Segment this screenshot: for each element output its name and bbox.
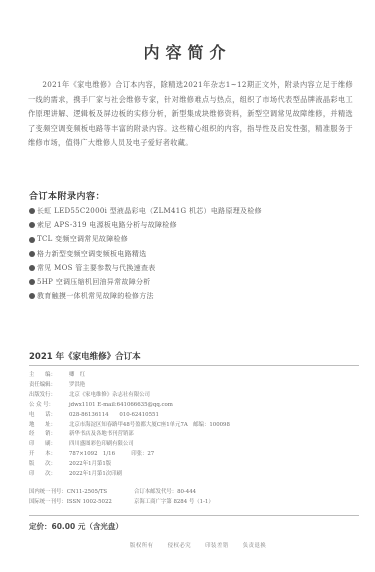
appendix-item-text: 长虹 LED55C2000i 型液晶彩电（ZLM41G 机芯）电路原理及检修 xyxy=(37,204,262,218)
appendix-item: 长虹 LED55C2000i 型液晶彩电（ZLM41G 机芯）电路原理及检修 xyxy=(29,204,262,218)
appendix-item-text: TCL 变频空调常见故障检修 xyxy=(37,232,128,246)
publication-info: 主 编：卿 红 责任编辑：罗洪艳 出版发行：北京《家电维修》杂志社有限公司 公 … xyxy=(29,371,230,480)
bullet-icon xyxy=(29,251,35,257)
info-value: 四川盛图彩色印刷有限公司 xyxy=(69,441,134,447)
appendix-item: 教育触摸一体机常见故障的检修方法 xyxy=(29,289,262,303)
info-row-distributor: 经 销：新华书店及各地书刊营销部 xyxy=(29,430,230,440)
info-row-printer: 印 刷：四川盛图彩色印刷有限公司 xyxy=(29,440,230,450)
appendix-item: 索尼 APS-319 电源板电路分析与故障检修 xyxy=(29,218,262,232)
info-label: 开 本： xyxy=(29,450,69,460)
info-row-contact: 公 众 号：jdwx1101 E-mail:641066635@qq.com xyxy=(29,401,230,411)
serial-numbers: 国内统一刊号：CN11-2505/TS合订本邮发代号：80-444 国际统一刊号… xyxy=(29,488,214,508)
info-row-phone: 电 话：028-86136114 010-62410551 xyxy=(29,411,230,421)
serial-row: 国内统一刊号：CN11-2505/TS合订本邮发代号：80-444 xyxy=(29,488,214,498)
info-value: 新华书店及各地书刊营销部 xyxy=(69,431,134,437)
appendix-item-text: 索尼 APS-319 电源板电路分析与故障检修 xyxy=(37,218,177,232)
copyright-footer: 版权所有 侵权必究 印装差错 负责退换 xyxy=(130,541,266,549)
info-value: 卿 红 xyxy=(69,372,85,378)
footer-text: 侵权必究 xyxy=(168,541,192,549)
info-label: 责任编辑： xyxy=(29,381,69,391)
page-title: 内容简介 xyxy=(0,40,375,63)
info-value: 787×1092 1/16 印张：27 xyxy=(69,451,154,457)
info-label: 经 销： xyxy=(29,430,69,440)
serial-postal-code: 合订本邮发代号：80-444 xyxy=(134,489,196,495)
appendix-item-text: 5HP 空调压缩机回油异常故障分析 xyxy=(37,275,151,289)
appendix-item-text: 格力新型变频空调变频板电路精选 xyxy=(37,247,147,261)
bullet-icon xyxy=(29,265,35,271)
bullet-icon xyxy=(29,208,35,214)
book-copyright-page: 内容简介 2021年《家电维修》合订本内容，除精选2021年杂志1~12期正文外… xyxy=(0,0,375,572)
info-label: 版 次： xyxy=(29,460,69,470)
bullet-icon xyxy=(29,237,35,243)
info-label: 地 址： xyxy=(29,421,69,431)
info-value: 2022年1月第1版 xyxy=(69,461,111,467)
info-label: 出版发行： xyxy=(29,391,69,401)
info-label: 印 次： xyxy=(29,470,69,480)
serial-issn: 国际统一刊号：ISSN 1002-5022 xyxy=(29,498,134,508)
appendix-item: 5HP 空调压缩机回油异常故障分析 xyxy=(29,275,262,289)
appendix-list: 长虹 LED55C2000i 型液晶彩电（ZLM41G 机芯）电路原理及检修 索… xyxy=(29,204,262,303)
serial-ad-license: 京海工商广字第 8284 号（1-1） xyxy=(134,499,214,505)
footer-text: 印装差错 xyxy=(205,541,229,549)
divider xyxy=(29,365,359,366)
appendix-item: 格力新型变频空调变频板电路精选 xyxy=(29,247,262,261)
info-row-address: 地 址：北京市海淀区知春路甲48号盈都大厦C座1单元7A 邮编：100098 xyxy=(29,421,230,431)
footer-text: 负责退换 xyxy=(243,541,267,549)
appendix-item: 常见 MOS 管主要参数与代换速查表 xyxy=(29,261,262,275)
bullet-icon xyxy=(29,293,35,299)
info-row-editor: 主 编：卿 红 xyxy=(29,371,230,381)
divider xyxy=(29,515,359,516)
info-label: 主 编： xyxy=(29,371,69,381)
intro-paragraph: 2021年《家电维修》合订本内容，除精选2021年杂志1~12期正文外，附录内容… xyxy=(28,78,353,151)
info-value: 028-86136114 010-62410551 xyxy=(69,412,159,418)
price-label: 定价：60.00 元（含光盘） xyxy=(29,521,123,532)
info-value: 北京市海淀区知春路甲48号盈都大厦C座1单元7A 邮编：100098 xyxy=(69,422,230,428)
info-label: 电 话： xyxy=(29,411,69,421)
serial-cn: 国内统一刊号：CN11-2505/TS xyxy=(29,488,134,498)
info-row-printing: 印 次：2022年1月第1次印刷 xyxy=(29,470,230,480)
serial-row: 国际统一刊号：ISSN 1002-5022京海工商广字第 8284 号（1-1） xyxy=(29,498,214,508)
info-row-edition: 版 次：2022年1月第1版 xyxy=(29,460,230,470)
book-title: 2021 年《家电维修》合订本 xyxy=(29,350,141,362)
info-value: 2022年1月第1次印刷 xyxy=(69,471,122,477)
appendix-item-text: 常见 MOS 管主要参数与代换速查表 xyxy=(37,261,156,275)
bullet-icon xyxy=(29,222,35,228)
info-row-responsible-editor: 责任编辑：罗洪艳 xyxy=(29,381,230,391)
info-label: 公 众 号： xyxy=(29,401,69,411)
bullet-icon xyxy=(29,279,35,285)
info-value: 北京《家电维修》杂志社有限公司 xyxy=(69,392,150,398)
info-row-publisher: 出版发行：北京《家电维修》杂志社有限公司 xyxy=(29,391,230,401)
info-value: 罗洪艳 xyxy=(69,382,85,388)
appendix-item-text: 教育触摸一体机常见故障的检修方法 xyxy=(37,289,154,303)
info-label: 印 刷： xyxy=(29,440,69,450)
appendix-item: TCL 变频空调常见故障检修 xyxy=(29,232,262,246)
footer-text: 版权所有 xyxy=(130,541,154,549)
info-value: jdwx1101 E-mail:641066635@qq.com xyxy=(69,402,173,408)
info-row-format: 开 本：787×1092 1/16 印张：27 xyxy=(29,450,230,460)
appendix-heading: 合订本附录内容： xyxy=(29,189,105,202)
